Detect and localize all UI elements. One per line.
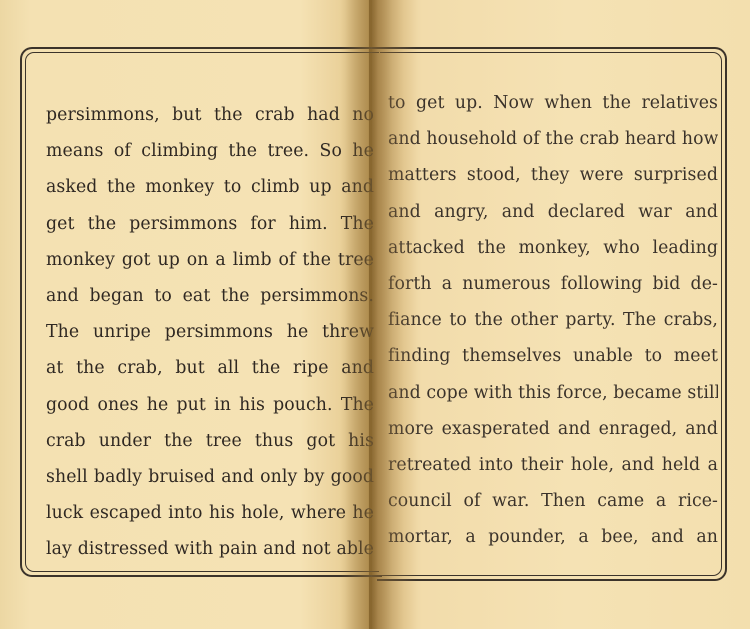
text-line: to get up. Now when the relatives [388, 85, 718, 121]
text-line: forth a numerous following bid de- [388, 266, 718, 302]
text-line: council of war. Then came a rice- [388, 483, 718, 519]
text-line: and angry, and declared war and [388, 194, 718, 230]
text-line: and household of the crab heard how [388, 121, 718, 157]
text-line: matters stood, they were surprised [388, 157, 718, 193]
left-page-text: persimmons, but the crab had no means of… [46, 97, 374, 567]
text-line: more exasperated and enraged, and [388, 411, 718, 447]
text-line: and cope with this force, became still [388, 375, 718, 411]
text-line: lay distressed with pain and not able [46, 531, 374, 567]
text-line: asked the monkey to climb up and [46, 169, 374, 205]
text-line: shell badly bruised and only by good [46, 459, 374, 495]
text-line: fiance to the other party. The crabs, [388, 302, 718, 338]
text-line: retreated into their hole, and held a [388, 447, 718, 483]
text-line: crab under the tree thus got his [46, 423, 374, 459]
text-line: The unripe persimmons he threw [46, 314, 374, 350]
text-line: finding themselves unable to meet [388, 338, 718, 374]
text-line: good ones he put in his pouch. The [46, 387, 374, 423]
text-line: and began to eat the persimmons. [46, 278, 374, 314]
text-line: luck escaped into his hole, where he [46, 495, 374, 531]
text-line: mortar, a pounder, a bee, and an [388, 519, 718, 555]
text-line: means of climbing the tree. So he [46, 133, 374, 169]
text-line: at the crab, but all the ripe and [46, 350, 374, 386]
text-line: monkey got up on a limb of the tree [46, 242, 374, 278]
text-line: persimmons, but the crab had no [46, 97, 374, 133]
text-line: get the persimmons for him. The [46, 206, 374, 242]
text-line: attacked the monkey, who leading [388, 230, 718, 266]
right-page-text: to get up. Now when the relatives and ho… [388, 85, 718, 555]
